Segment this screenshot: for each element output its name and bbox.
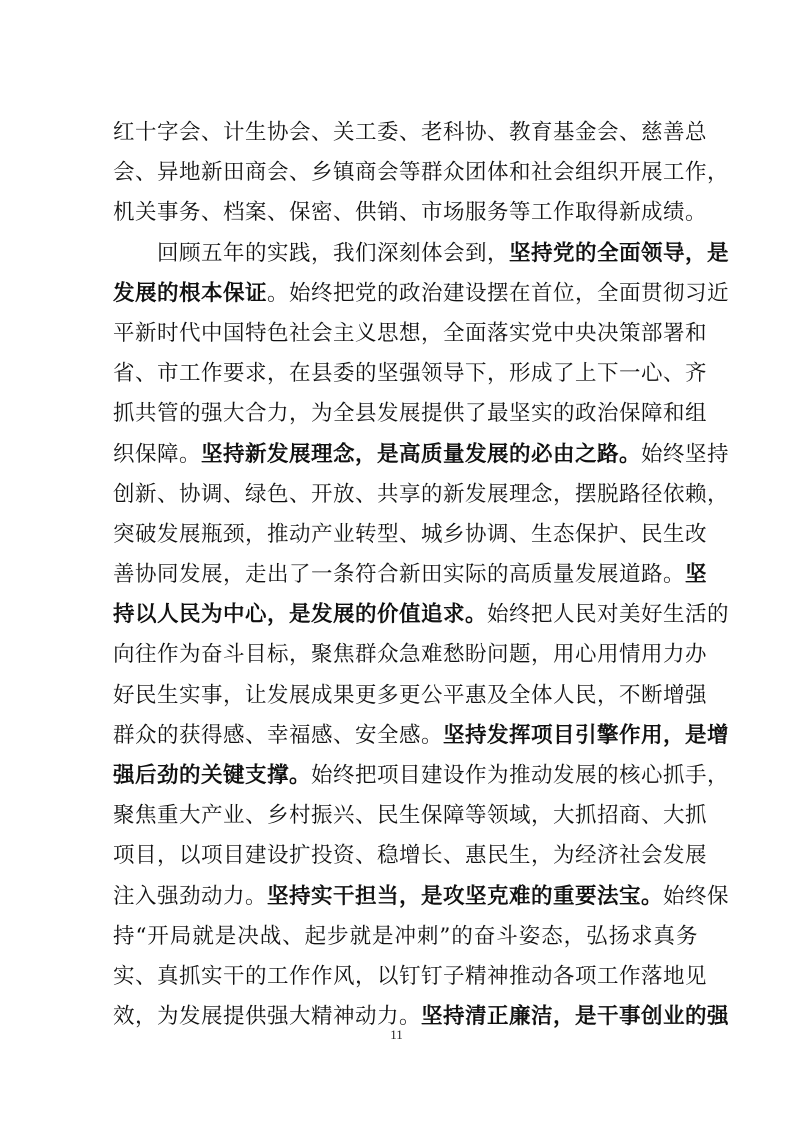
- text-segment: 项目，以项目建设扩投资、稳增长、惠民生，为经济社会发展: [113, 843, 707, 868]
- text-line: 回顾五年的实践，我们深刻体会到，坚持党的全面领导，是: [113, 234, 698, 274]
- text-segment: 实、真抓实干的工作作风，以钉钉子精神推动各项工作落地见: [113, 964, 707, 989]
- text-line: 群众的获得感、幸福感、安全感。坚持发挥项目引擎作用，是增: [113, 716, 698, 756]
- text-segment: 省、市工作要求，在县委的坚强领导下，形成了上下一心、齐: [113, 361, 707, 386]
- text-segment: 聚焦重大产业、乡村振兴、民生保障等领域，大抓招商、大抓: [113, 803, 707, 828]
- text-line: 向往作为奋斗目标，聚焦群众急难愁盼问题，用心用情用力办: [113, 635, 698, 675]
- text-segment: 织保障。: [113, 442, 201, 467]
- text-line: 持以人民为中心，是发展的价值追求。始终把人民对美好生活的: [113, 595, 698, 635]
- text-line: 省、市工作要求，在县委的坚强领导下，形成了上下一心、齐: [113, 354, 698, 394]
- bold-text-segment: 坚持实干担当，是攻坚克难的重要法宝。: [267, 884, 663, 909]
- text-line: 抓共管的强大合力，为全县发展提供了最坚实的政治保障和组: [113, 394, 698, 434]
- bold-text-segment: 坚持党的全面领导，是: [509, 241, 729, 266]
- text-segment: 群众的获得感、幸福感、安全感。: [113, 723, 443, 748]
- bold-text-segment: 持以人民为中心，是发展的价值追求。: [113, 602, 487, 627]
- text-line: 持“开局就是决战、起步就是冲刺”的奋斗姿态，弘扬求真务: [113, 917, 698, 957]
- text-segment: 会、异地新田商会、乡镇商会等群众团体和社会组织开展工作，: [113, 160, 729, 185]
- text-line: 会、异地新田商会、乡镇商会等群众团体和社会组织开展工作，: [113, 153, 698, 193]
- text-segment: 效，为发展提供强大精神动力。: [113, 1004, 421, 1029]
- text-segment: 机关事务、档案、保密、供销、市场服务等工作取得新成绩。: [113, 200, 707, 225]
- document-page: 红十字会、计生协会、关工委、老科协、教育基金会、慈善总会、异地新田商会、乡镇商会…: [0, 0, 793, 1122]
- text-segment: 创新、协调、绿色、开放、共享的新发展理念，摆脱路径依赖，: [113, 482, 729, 507]
- text-segment: 善协同发展，走出了一条符合新田实际的高质量发展道路。: [113, 562, 685, 587]
- body-text: 红十字会、计生协会、关工委、老科协、教育基金会、慈善总会、异地新田商会、乡镇商会…: [113, 113, 698, 1037]
- text-line: 发展的根本保证。始终把党的政治建设摆在首位，全面贯彻习近: [113, 274, 698, 314]
- text-segment: 始终把项目建设作为推动发展的核心抓手，: [311, 763, 729, 788]
- text-line: 强后劲的关键支撑。始终把项目建设作为推动发展的核心抓手，: [113, 756, 698, 796]
- text-line: 突破发展瓶颈，推动产业转型、城乡协调、生态保护、民生改: [113, 515, 698, 555]
- bold-text-segment: 坚持新发展理念，是高质量发展的必由之路。: [201, 442, 641, 467]
- text-line: 注入强劲动力。坚持实干担当，是攻坚克难的重要法宝。始终保: [113, 877, 698, 917]
- text-line: 创新、协调、绿色、开放、共享的新发展理念，摆脱路径依赖，: [113, 475, 698, 515]
- text-segment: 注入强劲动力。: [113, 884, 267, 909]
- text-line: 项目，以项目建设扩投资、稳增长、惠民生，为经济社会发展: [113, 836, 698, 876]
- text-line: 实、真抓实干的工作作风，以钉钉子精神推动各项工作落地见: [113, 957, 698, 997]
- text-segment: 向往作为奋斗目标，聚焦群众急难愁盼问题，用心用情用力办: [113, 642, 707, 667]
- text-segment: 始终把人民对美好生活的: [487, 602, 729, 627]
- text-line: 红十字会、计生协会、关工委、老科协、教育基金会、慈善总: [113, 113, 698, 153]
- text-line: 好民生实事，让发展成果更多更公平惠及全体人民，不断增强: [113, 676, 698, 716]
- text-segment: 红十字会、计生协会、关工委、老科协、教育基金会、慈善总: [113, 120, 707, 145]
- bold-text-segment: 坚持发挥项目引擎作用，是增: [443, 723, 729, 748]
- text-line: 织保障。坚持新发展理念，是高质量发展的必由之路。始终坚持: [113, 435, 698, 475]
- text-line: 机关事务、档案、保密、供销、市场服务等工作取得新成绩。: [113, 193, 698, 233]
- bold-text-segment: 坚: [685, 562, 707, 587]
- page-number: 11: [0, 1027, 793, 1043]
- bold-text-segment: 坚持清正廉洁，是干事创业的强: [421, 1004, 729, 1029]
- text-segment: 突破发展瓶颈，推动产业转型、城乡协调、生态保护、民生改: [113, 522, 707, 547]
- text-segment: 抓共管的强大合力，为全县发展提供了最坚实的政治保障和组: [113, 401, 707, 426]
- text-line: 聚焦重大产业、乡村振兴、民生保障等领域，大抓招商、大抓: [113, 796, 698, 836]
- bold-text-segment: 强后劲的关键支撑。: [113, 763, 311, 788]
- text-segment: 平新时代中国特色社会主义思想，全面落实党中央决策部署和: [113, 321, 707, 346]
- text-segment: 始终保: [663, 884, 729, 909]
- text-segment: 回顾五年的实践，我们深刻体会到，: [157, 241, 509, 266]
- text-segment: 始终坚持: [641, 442, 729, 467]
- text-line: 平新时代中国特色社会主义思想，全面落实党中央决策部署和: [113, 314, 698, 354]
- text-segment: 持“开局就是决战、起步就是冲刺”的奋斗姿态，弘扬求真务: [113, 924, 698, 949]
- text-segment: 好民生实事，让发展成果更多更公平惠及全体人民，不断增强: [113, 683, 707, 708]
- text-line: 善协同发展，走出了一条符合新田实际的高质量发展道路。坚: [113, 555, 698, 595]
- text-segment: 。始终把党的政治建设摆在首位，全面贯彻习近: [267, 281, 729, 306]
- bold-text-segment: 发展的根本保证: [113, 281, 267, 306]
